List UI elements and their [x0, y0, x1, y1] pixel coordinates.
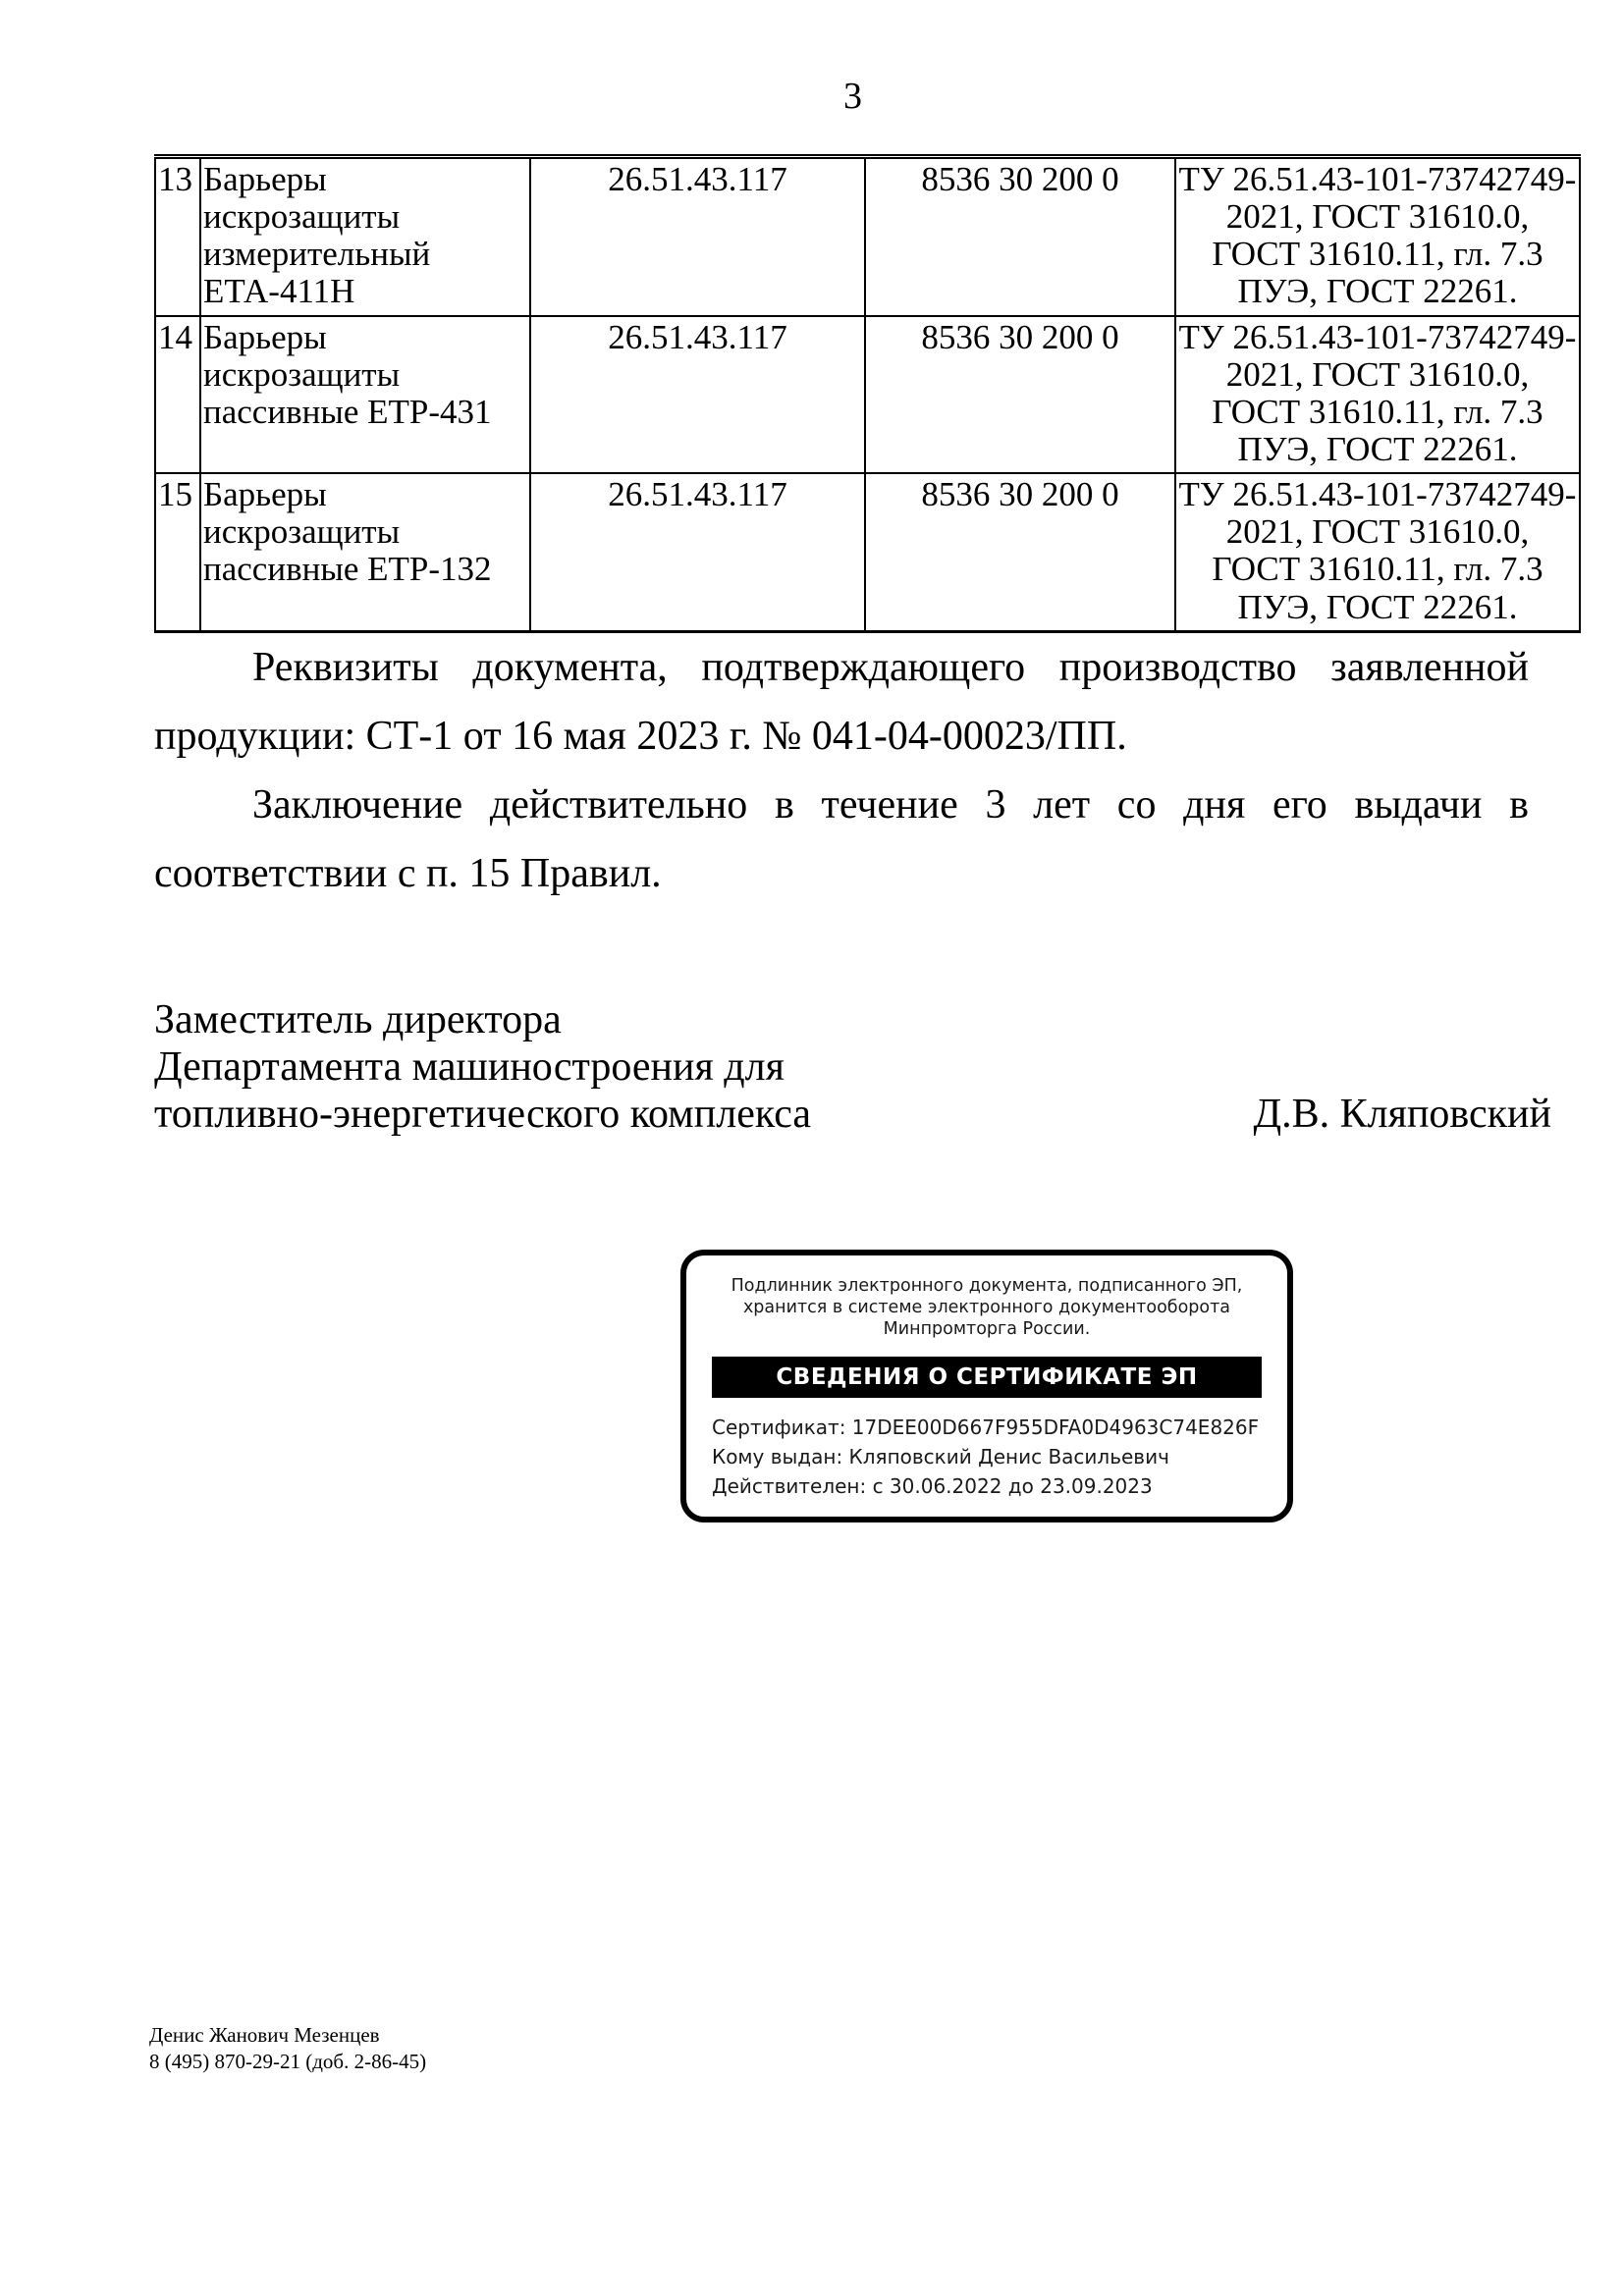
paragraph-requisites: Реквизиты документа, подтверждающего про… — [154, 633, 1529, 771]
table-row: 15 Барьеры искрозащиты пассивные ЕТР-132… — [155, 473, 1580, 631]
contact-phone: 8 (495) 870-29-21 (доб. 2-86-45) — [149, 2049, 426, 2075]
certificate-serial-line: Сертификат: 17DEE00D667F955DFA0D4963C74E… — [712, 1413, 1262, 1442]
cell-okpd2-code: 26.51.43.117 — [530, 157, 865, 316]
certificate-owner-line: Кому выдан: Кляповский Денис Васильевич — [712, 1442, 1262, 1471]
table-row: 13 Барьеры искрозащиты измерительный ЕТА… — [155, 157, 1580, 316]
body-text: Реквизиты документа, подтверждающего про… — [154, 633, 1529, 908]
cell-tech-docs: ТУ 26.51.43-101-73742749-2021, ГОСТ 3161… — [1175, 473, 1580, 631]
stamp-title-bar: СВЕДЕНИЯ О СЕРТИФИКАТЕ ЭП — [712, 1357, 1262, 1398]
stamp-intro-line: хранится в системе электронного документ… — [712, 1297, 1262, 1318]
cell-product-name: Барьеры искрозащиты измерительный ЕТА-41… — [200, 157, 530, 316]
cell-tnved-code: 8536 30 200 0 — [865, 473, 1175, 631]
cell-product-name: Барьеры искрозащиты пассивные ЕТР-132 — [200, 473, 530, 631]
contact-footer: Денис Жанович Мезенцев 8 (495) 870-29-21… — [149, 2022, 426, 2075]
stamp-intro-text: Подлинник электронного документа, подпис… — [712, 1275, 1262, 1340]
stamp-intro-line: Минпромторга России. — [712, 1318, 1262, 1340]
cell-row-number: 15 — [155, 473, 200, 631]
contact-name: Денис Жанович Мезенцев — [149, 2022, 426, 2049]
signer-title-line: Департамента машиностроения для — [154, 1043, 811, 1091]
certificate-validity-line: Действителен: с 30.06.2022 до 23.09.2023 — [712, 1471, 1262, 1501]
cell-okpd2-code: 26.51.43.117 — [530, 473, 865, 631]
signer-title-line: Заместитель директора — [154, 996, 811, 1043]
cell-tnved-code: 8536 30 200 0 — [865, 157, 1175, 316]
cell-product-name: Барьеры искрозащиты пассивные ЕТР-431 — [200, 316, 530, 474]
table-row: 14 Барьеры искрозащиты пассивные ЕТР-431… — [155, 316, 1580, 474]
signer-title: Заместитель директора Департамента машин… — [154, 996, 811, 1138]
stamp-certificate-info: Сертификат: 17DEE00D667F955DFA0D4963C74E… — [712, 1413, 1262, 1501]
cell-tech-docs: ТУ 26.51.43-101-73742749-2021, ГОСТ 3161… — [1175, 157, 1580, 316]
cell-row-number: 13 — [155, 157, 200, 316]
signature-block: Заместитель директора Департамента машин… — [154, 996, 1551, 1138]
stamp-intro-line: Подлинник электронного документа, подпис… — [712, 1275, 1262, 1297]
page-number: 3 — [154, 75, 1551, 118]
cell-tech-docs: ТУ 26.51.43-101-73742749-2021, ГОСТ 3161… — [1175, 316, 1580, 474]
signer-title-line: топливно-энергетического комплекса — [154, 1091, 811, 1138]
paragraph-validity: Заключение действительно в течение 3 лет… — [154, 771, 1529, 908]
e-signature-stamp: Подлинник электронного документа, подпис… — [680, 1250, 1293, 1522]
products-table: 13 Барьеры искрозащиты измерительный ЕТА… — [154, 154, 1581, 633]
signer-name: Д.В. Кляповский — [1253, 1091, 1551, 1138]
cell-row-number: 14 — [155, 316, 200, 474]
document-page: 3 13 Барьеры искрозащиты измерительный Е… — [0, 0, 1624, 2296]
cell-tnved-code: 8536 30 200 0 — [865, 316, 1175, 474]
cell-okpd2-code: 26.51.43.117 — [530, 316, 865, 474]
